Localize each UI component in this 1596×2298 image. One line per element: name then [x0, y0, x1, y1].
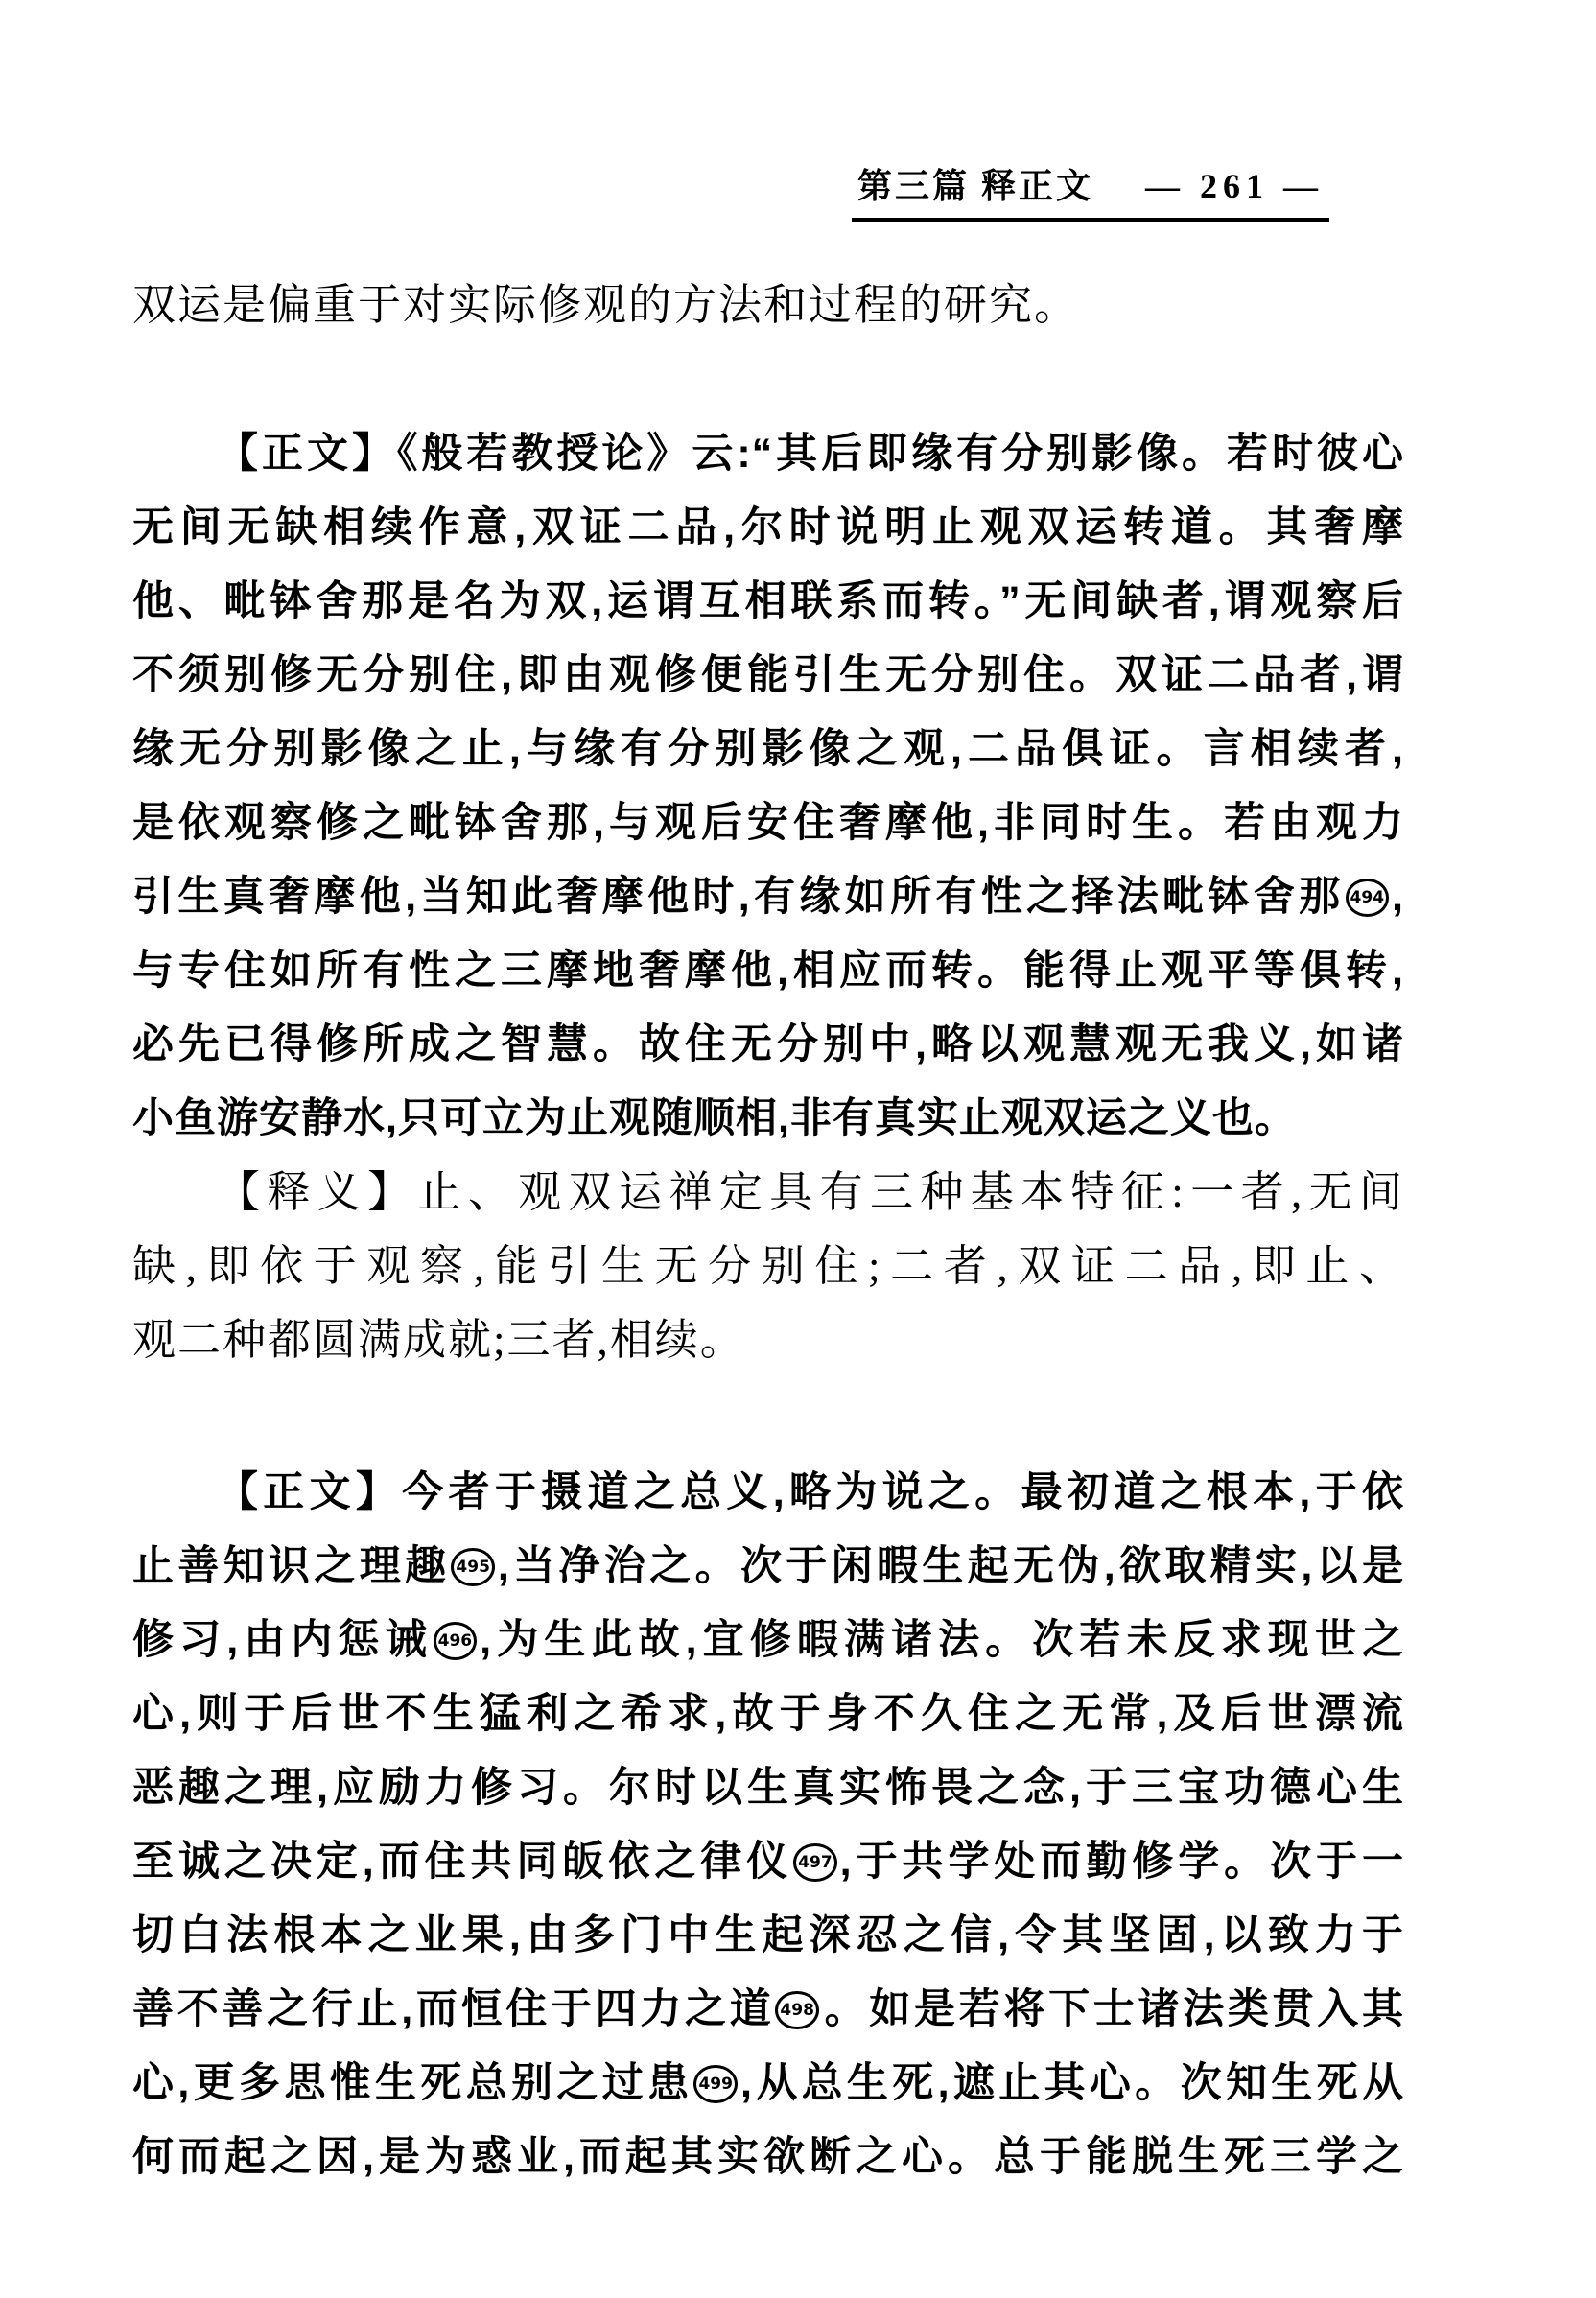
paragraph: 【正文】《般若教授论》云:“其后即缘有分别影像。若时彼心无间无缺相续作意,双证二…: [132, 417, 1404, 1156]
text-line: 必先已得修所成之智慧。故住无分别中,略以观慧观无我义,如诸: [132, 1008, 1404, 1082]
text-line: 【释义】止、观双运禅定具有三种基本特征:一者,无间: [132, 1156, 1404, 1230]
text-line: 何而起之因,是为惑业,而起其实欲断之心。总于能脱生死三学之: [132, 2121, 1404, 2194]
text-line: 【正文】今者于摄道之总义,略为说之。最初道之根本,于依: [132, 1456, 1404, 1530]
section-title: 第三篇 释正文: [857, 167, 1093, 205]
body-text: 双运是偏重于对实际修观的方法和过程的研究。【正文】《般若教授论》云:“其后即缘有…: [132, 269, 1404, 2194]
text-line: 缺,即依于观察,能引生无分别住;二者,双证二品,即止、: [132, 1230, 1404, 1303]
text-line: 是依观察修之毗钵舍那,与观后安住奢摩他,非同时生。若由观力: [132, 786, 1404, 860]
text-line: 修习,由内惩诫496,为生此故,宜修暇满诸法。次若未反求现世之: [132, 1604, 1404, 1677]
footnote-ref: 495: [451, 1548, 495, 1586]
paragraph: 双运是偏重于对实际修观的方法和过程的研究。: [132, 269, 1404, 342]
text-line: 心,更多思惟生死总别之过患499,从总生死,遮止其心。次知生死从: [132, 2047, 1404, 2121]
text-line: 引生真奢摩他,当知此奢摩他时,有缘如所有性之择法毗钵舍那494,: [132, 860, 1404, 934]
paragraph: 【正文】今者于摄道之总义,略为说之。最初道之根本,于依止善知识之理趣495,当净…: [132, 1456, 1404, 2194]
text-line: 与专住如所有性之三摩地奢摩他,相应而转。能得止观平等俱转,: [132, 934, 1404, 1008]
text-line: 无间无缺相续作意,双证二品,尔时说明止观双运转道。其奢摩: [132, 491, 1404, 565]
text-line: 【正文】《般若教授论》云:“其后即缘有分别影像。若时彼心: [132, 417, 1404, 491]
page-header: 第三篇 释正文 — 261 —: [0, 159, 1329, 222]
footnote-ref: 496: [434, 1622, 478, 1660]
footnote-ref: 498: [775, 1991, 819, 2029]
footnote-ref: 494: [1346, 879, 1390, 917]
text-line: 至诚之决定,而住共同皈依之律仪497,于共学处而勤修学。次于一: [132, 1825, 1404, 1899]
footnote-ref: 499: [693, 2065, 738, 2103]
text-line: 他、毗钵舍那是名为双,运谓互相联系而转。”无间缺者,谓观察后: [132, 565, 1404, 639]
text-line: 心,则于后世不生猛利之希求,故于身不久住之无常,及后世漂流: [132, 1677, 1404, 1751]
text-line: 切白法根本之业果,由多门中生起深忍之信,令其坚固,以致力于: [132, 1899, 1404, 1973]
text-line: 不须别修无分别住,即由观修便能引生无分别住。双证二品者,谓: [132, 639, 1404, 713]
text-line: 双运是偏重于对实际修观的方法和过程的研究。: [132, 269, 1404, 342]
text-line: 观二种都圆满成就;三者,相续。: [132, 1303, 1404, 1377]
text-line: 缘无分别影像之止,与缘有分别影像之观,二品俱证。言相续者,: [132, 713, 1404, 786]
header-rule: 第三篇 释正文 — 261 —: [852, 159, 1329, 222]
book-page: 第三篇 释正文 — 261 — 双运是偏重于对实际修观的方法和过程的研究。【正文…: [0, 0, 1596, 2298]
text-line: 善不善之行止,而恒住于四力之道498。如是若将下士诸法类贯入其: [132, 1973, 1404, 2047]
footnote-ref: 497: [793, 1843, 837, 1882]
text-line: 恶趣之理,应励力修习。尔时以生真实怖畏之念,于三宝功德心生: [132, 1751, 1404, 1825]
text-line: 小鱼游安静水,只可立为止观随顺相,非有真实止观双运之义也。: [132, 1082, 1404, 1156]
page-number: — 261 —: [1145, 167, 1324, 205]
text-line: 止善知识之理趣495,当净治之。次于闲暇生起无伪,欲取精实,以是: [132, 1530, 1404, 1604]
paragraph: 【释义】止、观双运禅定具有三种基本特征:一者,无间缺,即依于观察,能引生无分别住…: [132, 1156, 1404, 1377]
